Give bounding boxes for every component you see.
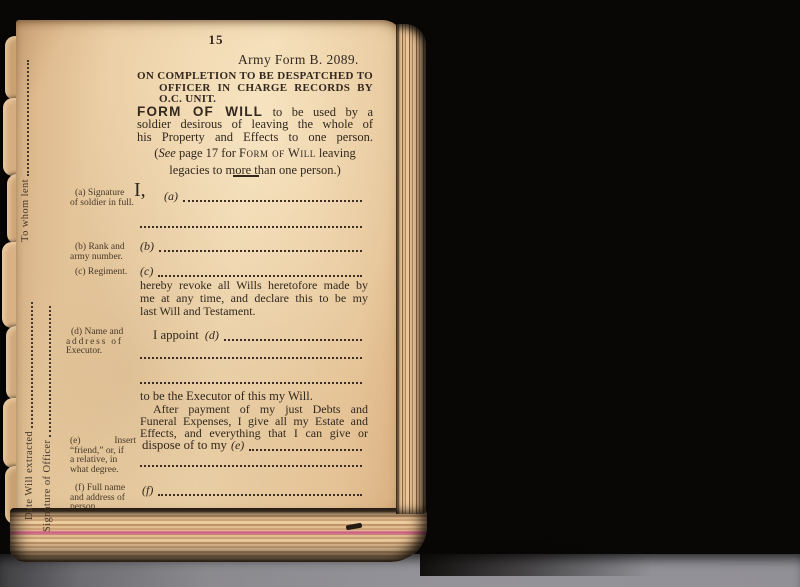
spine-caption-text: To whom lent: [20, 179, 32, 242]
despatch-notice-line: ON COMPLETION TO BE DESPATCHED TO: [137, 71, 373, 83]
margin-label-line: what degree.: [70, 466, 138, 476]
dotted-line: [183, 200, 362, 202]
field-c-margin-label: (c) Regiment.: [70, 268, 138, 278]
see-note-italic: See: [158, 146, 175, 160]
revoke-paragraph: hereby revoke all Wills heretofore made …: [140, 279, 368, 318]
field-f-ref: (f): [142, 483, 155, 498]
field-a-margin-label: (a) Signature of soldier in full.: [70, 189, 138, 208]
see-note-mid: page 17 for: [176, 146, 239, 160]
pronoun-i: I,: [134, 180, 146, 200]
spine-caption-to-whom-lent: To whom lent: [20, 60, 32, 242]
spine-caption-text: Date Will extracted: [24, 431, 36, 520]
dotted-line: [49, 306, 51, 437]
field-a-signature-line: (a): [164, 188, 362, 204]
dotted-line: [140, 465, 362, 467]
field-d-margin-label: (d) Name and address of Executor.: [66, 328, 138, 357]
field-b-margin-label: (b) Rank and army number.: [70, 243, 138, 262]
field-d-ref: (d): [205, 328, 221, 343]
spine-caption-signature-of-officer: Signature of Officer: [42, 306, 54, 532]
intro-line: soldier desirous of leaving the whole of: [137, 118, 373, 130]
dotted-line: [140, 357, 362, 359]
page-block-right-edge: [396, 24, 426, 514]
scanned-paybook-page: 15 Army Form B. 2089. ON COMPLETION TO B…: [0, 0, 800, 587]
dotted-line: [224, 339, 362, 341]
field-e-lead: dispose of to my: [142, 438, 231, 453]
section-rule: [233, 175, 259, 177]
bequest-paragraph: After payment of my just Debts and Funer…: [140, 403, 368, 440]
dotted-line: [158, 275, 362, 277]
field-c-regiment-line: (c): [140, 263, 362, 279]
revoke-line: last Will and Testament.: [140, 305, 368, 318]
field-c-ref: (c): [140, 264, 155, 279]
dotted-line: [140, 382, 362, 384]
dotted-line: [158, 494, 362, 496]
see-note-end: leaving: [316, 146, 356, 160]
dotted-line: [159, 250, 362, 252]
field-e-ref: (e): [231, 438, 246, 453]
despatch-notice: ON COMPLETION TO BE DESPATCHED TO OFFICE…: [137, 71, 373, 106]
intro-paragraph: FORM OF WILL to be used by a soldier des…: [137, 106, 373, 176]
field-d-lead: I appoint: [153, 328, 205, 343]
dotted-line: [27, 60, 29, 176]
field-e-margin-label: (e)Insert “friend,” or, if a relative, i…: [70, 437, 138, 475]
dotted-line: [31, 302, 33, 428]
field-b-rank-line: (b): [140, 238, 362, 254]
see-note: (See page 17 for Form of Will leaving: [137, 147, 373, 159]
margin-label-line: (c) Regiment.: [70, 268, 138, 278]
page-block-bottom-edge: [10, 508, 427, 562]
margin-label-line: of soldier in full.: [70, 199, 138, 209]
field-b-ref: (b): [140, 239, 156, 254]
field-e-beneficiary-line: dispose of to my (e): [142, 437, 362, 453]
margin-label-line: army number.: [70, 253, 138, 263]
book-shadow: [420, 542, 730, 576]
field-a-ref: (a): [164, 189, 180, 204]
form-page: 15 Army Form B. 2089. ON COMPLETION TO B…: [16, 20, 404, 516]
intro-line: his Property and Effects to one person.: [137, 131, 373, 143]
dotted-line: [140, 226, 362, 228]
spine-caption-text: Signature of Officer: [42, 440, 54, 532]
spine-caption-date-will-extracted: Date Will extracted: [24, 302, 36, 520]
dotted-line: [249, 449, 362, 451]
margin-label-line: Executor.: [66, 347, 138, 357]
see-note-smallcaps: Form of Will: [239, 146, 316, 160]
field-f-fullname-line: (f): [142, 482, 362, 498]
page-number: 15: [196, 32, 236, 48]
field-d-executor-line: I appoint (d): [153, 326, 362, 343]
form-reference: Army Form B. 2089.: [238, 52, 359, 68]
